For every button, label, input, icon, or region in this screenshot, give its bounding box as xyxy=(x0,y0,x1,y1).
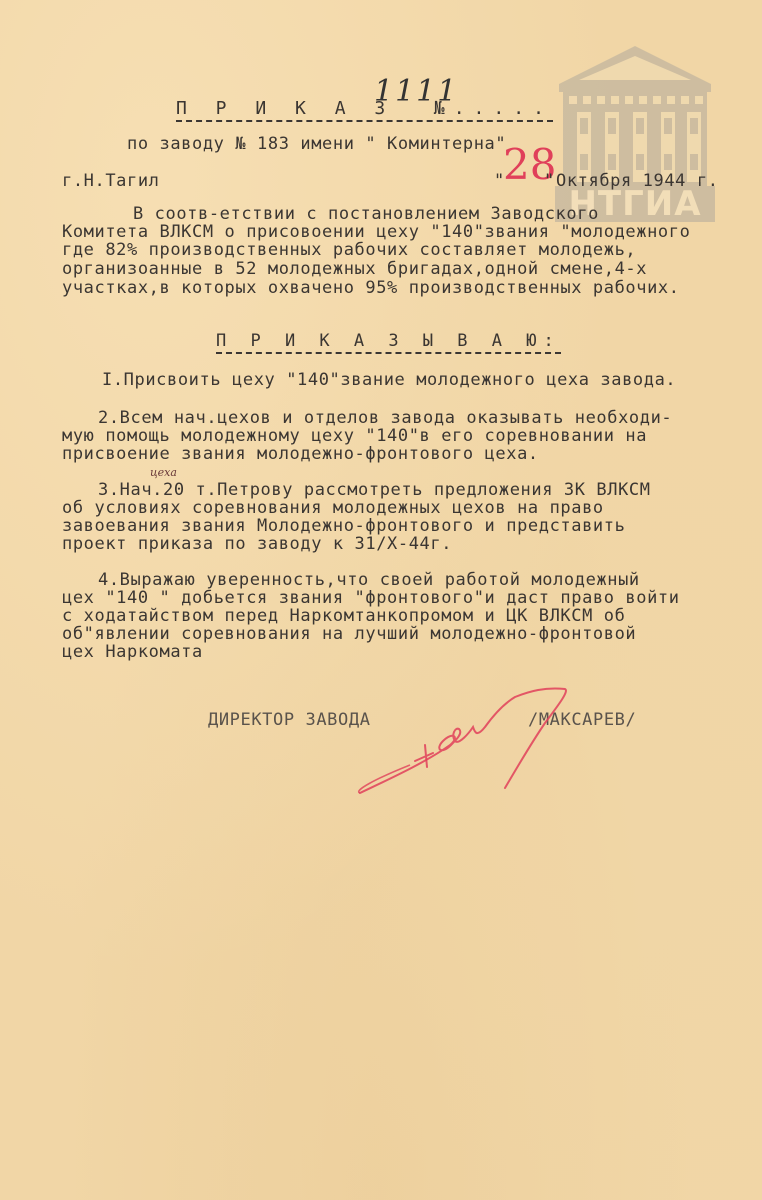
order-heading: П Р И К А З Ы В А Ю: xyxy=(216,333,561,354)
archive-watermark: НТГИА xyxy=(555,46,715,226)
document-subtitle: по заводу № 183 имени " Коминтерна" xyxy=(127,136,506,153)
signature-title: ДИРЕКТОР ЗАВОДА xyxy=(208,712,371,729)
building-icon xyxy=(555,46,715,186)
preamble-line: участках,в которых охвачено 95% производ… xyxy=(62,280,680,297)
preamble-line: организоанные в 52 молодежных бригадах,о… xyxy=(62,261,647,278)
date-month-year: Октября 1944 г. xyxy=(556,173,719,190)
city-line: г.Н.Тагил xyxy=(62,173,160,190)
handwritten-signature-icon xyxy=(355,683,585,798)
order-item-line: 4.Выражаю уверенность,что своей работой … xyxy=(98,572,640,589)
preamble-line: Комитета ВЛКСМ о присовоении цеху "140"з… xyxy=(62,224,690,241)
order-item-line: завоевания звания Молодежно-фронтового и… xyxy=(62,518,625,535)
date-close-quote: " xyxy=(544,173,555,190)
handwritten-note: цеха xyxy=(150,466,177,479)
order-item-line: присвоение звания молодежно-фронтового ц… xyxy=(62,446,539,463)
preamble-line: В соотв-етствии с постановлением Заводск… xyxy=(133,206,599,223)
order-item-line: проект приказа по заводу к 31/Х-44г. xyxy=(62,536,452,553)
order-item-line: с ходатайством перед Наркомтанкопромом и… xyxy=(62,608,625,625)
order-item-line: I.Присвоить цеху "140"звание молодежного… xyxy=(102,372,676,389)
handwritten-order-number: 1111 xyxy=(374,74,458,109)
order-item-line: 3.Нач.20 т.Петрову рассмотреть предложен… xyxy=(98,482,651,499)
order-item-line: 2.Всем нач.цехов и отделов завода оказыв… xyxy=(98,410,672,427)
order-item-line: об"явлении соревнования на лучший молоде… xyxy=(62,626,636,643)
order-item-line: цех "140 " добьется звания "фронтового"и… xyxy=(62,590,680,607)
document-title: П Р И К А З №..... xyxy=(176,100,553,122)
order-item-line: об условиях соревнования молодежных цехо… xyxy=(62,500,604,517)
order-item-line: цех Наркомата xyxy=(62,644,203,661)
order-item-line: мую помощь молодежному цеху "140"в его с… xyxy=(62,428,647,445)
archival-document-page: НТГИА П Р И К А З №..... 1111 по заводу … xyxy=(0,0,762,1200)
preamble-line: где 82% производственных рабочих составл… xyxy=(62,242,636,259)
